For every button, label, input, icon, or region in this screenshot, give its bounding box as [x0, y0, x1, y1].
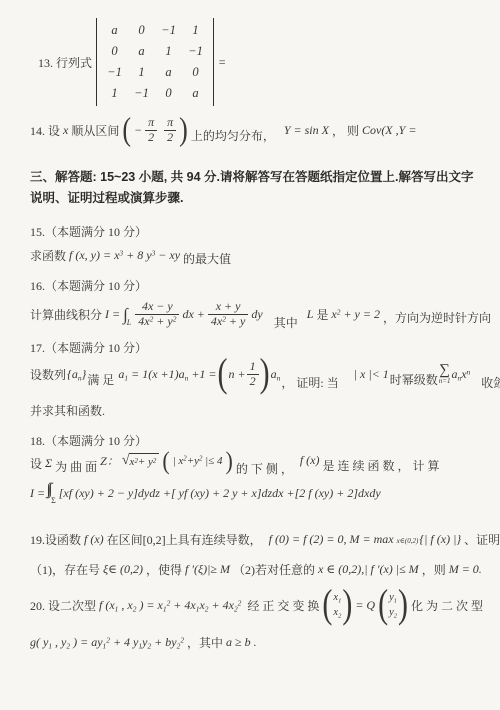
- q20-line1: 20. 设二次型 f (x1 , x2 ) = x12 + 4x1x2 + 4x…: [30, 592, 478, 618]
- q17-recurrence: a1 = 1(x +1)an +1 =: [118, 367, 216, 382]
- q15-body: 求函数 f (x, y) = x3 + 8 y3 − xy 的最大值: [30, 247, 478, 264]
- q18-text: 的 下 侧 ，: [236, 460, 293, 477]
- q20-text: 化 为 二 次 型: [411, 597, 483, 614]
- q17-text: 时幂级数: [390, 371, 438, 388]
- q18-z: Z：: [100, 452, 119, 469]
- q19-fx: f (x): [84, 532, 104, 547]
- matrix-cell: 0: [101, 41, 128, 62]
- matrix-cell: a: [182, 83, 209, 104]
- sqrt-expression: √ x2 + y2: [122, 453, 159, 468]
- matrix-cell: −1: [182, 41, 209, 62]
- close-paren: ): [225, 450, 232, 471]
- matrix-cell: −1: [101, 62, 128, 83]
- q16-fraction-2: x + y 4x2 + y: [208, 300, 248, 329]
- q14-text: 上的均匀分布，: [191, 127, 275, 144]
- question-15: 15.（本题满分 10 分） 求函数 f (x, y) = x3 + 8 y3 …: [30, 223, 478, 264]
- q19-max-body: {| f (x) |}: [419, 532, 461, 547]
- matrix-cell: 0: [128, 20, 155, 41]
- matrix-cell: 1: [101, 83, 128, 104]
- question-19: 19.设函数 f (x) 在区间[0,2]上具有连续导数， f (0) = f …: [30, 531, 478, 578]
- q14-formula: Y = sin X: [284, 123, 329, 138]
- q16-dx: dx +: [182, 307, 204, 322]
- q18-fx: f (x): [300, 453, 320, 468]
- double-integral-sign: ∫∫ Σ: [48, 482, 56, 505]
- q16-curve-L: L: [307, 307, 314, 322]
- q17-condition: | x |< 1: [354, 367, 389, 382]
- q17-text: ， 证明: 当: [281, 374, 338, 391]
- q14-var-x: x: [63, 123, 68, 138]
- matrix-cell: 1: [155, 41, 182, 62]
- question-17: 17.（本题满分 10 分） 设数列 {an} 满 足 a1 = 1(x +1)…: [30, 339, 478, 419]
- section-header: 三、解答题: 15~23 小题, 共 94 分.请将解答写在答题纸指定位置上.解…: [30, 167, 482, 211]
- q20-text: ，其中: [187, 634, 223, 651]
- q18-sigma: Σ: [45, 456, 52, 471]
- fraction-pi-2: π 2: [164, 116, 176, 145]
- q16-text: 是: [316, 306, 328, 323]
- question-13: 13. 行列式 a 0 −1 1 0 a 1 −1 −1 1 a 0 1 −1 …: [38, 18, 478, 106]
- q16-fraction-1: 4x − y 4x2 + y2: [135, 300, 179, 329]
- q20-text: 经 正 交 变 换: [247, 597, 319, 614]
- q19-conditions: f (0) = f (2) = 0, M = max: [269, 532, 394, 547]
- open-paren: (: [218, 357, 228, 391]
- max-operator-limits: x∈(0,2): [397, 534, 419, 545]
- q17-text: 设数列: [30, 366, 66, 383]
- q17-an: an: [271, 367, 281, 382]
- q19-line1: 19.设函数 f (x) 在区间[0,2]上具有连续导数， f (0) = f …: [30, 531, 478, 548]
- q15-formula: f (x, y) = x3 + 8 y3 − xy: [69, 248, 180, 263]
- minus-sign: −: [134, 123, 142, 138]
- q17-line2: 并求其和函数.: [30, 402, 478, 419]
- q19-text: 在区间[0,2]上具有连续导数，: [107, 531, 262, 548]
- q19-conclusion: M = 0.: [449, 562, 482, 577]
- q20-text: 20. 设二次型: [30, 597, 96, 614]
- q15-text: 求函数: [30, 247, 66, 264]
- q16-text: 其中: [274, 314, 298, 331]
- q19-derivative-x: x ∈ (0,2),| f ′(x) |≤ M: [318, 562, 419, 577]
- q18-text: 为 曲 面: [55, 458, 97, 475]
- open-paren: (: [162, 450, 169, 471]
- q18-ieq: I =: [30, 486, 45, 501]
- close-paren: ): [260, 357, 270, 391]
- q16-curve: x2 + y = 2: [331, 307, 380, 322]
- q20-line2: g( y1 , y2 ) = ay12 + 4 y1y2 + by22 ，其中 …: [30, 634, 478, 651]
- q17-text: 满 足: [87, 371, 114, 388]
- vector-x: ( x1 x2 ): [322, 592, 352, 618]
- q20-ab-condition: a ≥ b .: [226, 635, 257, 650]
- q14-cov: Cov(X ,Y =: [362, 123, 416, 138]
- q19-text: （1)，存在号: [30, 561, 100, 578]
- matrix-cell: −1: [155, 20, 182, 41]
- q16-text: 计算曲线积分: [30, 306, 102, 323]
- q17-term: anxn: [451, 367, 470, 382]
- q20-quadratic-form: f (x1 , x2 ) = x12 + 4x1x2 + 4x22: [99, 598, 241, 613]
- q20-g-form: g( y1 , y2 ) = ay12 + 4 y1y2 + by22: [30, 635, 184, 650]
- close-paren: ): [179, 116, 188, 144]
- q13-label: 13. 行列式: [38, 54, 92, 71]
- matrix-cell: 0: [182, 62, 209, 83]
- matrix-cell: −1: [128, 83, 155, 104]
- q19-text: ，使得: [146, 561, 182, 578]
- q14-text: ， 则: [332, 122, 359, 139]
- q15-title: 15.（本题满分 10 分）: [30, 223, 478, 240]
- open-paren: (: [122, 116, 131, 144]
- matrix-cell: a: [101, 20, 128, 41]
- vector-y: ( y1 y2 ): [378, 592, 408, 618]
- q17-n-plus: n +: [229, 367, 246, 382]
- q14-text: 顺从区间: [71, 122, 119, 139]
- question-16: 16.（本题满分 10 分） 计算曲线积分 I = ∫L 4x − y 4x2 …: [30, 277, 478, 329]
- q17-seq: {an}: [67, 367, 86, 382]
- q18-integral-line: I = ∫∫ Σ [xf (xy) + 2 − y]dydz +[ yf (xy…: [30, 482, 478, 505]
- q19-line2: （1)，存在号 ξ∈ (0,2) ，使得 f ′(ξ)|≥ M （2)若对任意的…: [30, 561, 478, 578]
- integral-sign: ∫L: [123, 306, 132, 324]
- q14-text: 14. 设: [30, 122, 60, 139]
- q16-dy: dy: [251, 307, 262, 322]
- q19-xi: ξ∈ (0,2): [103, 562, 143, 577]
- equals-sign: =: [218, 55, 226, 70]
- q19-text: 19.设函数: [30, 531, 81, 548]
- matrix-cell: 1: [182, 20, 209, 41]
- question-14: 14. 设 x 顺从区间 ( − π 2 π 2 ) 上的均匀分布， Y = s…: [30, 116, 478, 145]
- q20-eq-Q: = Q: [355, 598, 375, 613]
- q18-domain: | x2+y2 |≤ 4: [173, 455, 223, 467]
- fraction-1-2: 1 2: [247, 360, 259, 389]
- matrix-cell: a: [155, 62, 182, 83]
- q18-integrand: [xf (xy) + 2 − y]dydz +[ yf (xy) + 2 y +…: [59, 486, 381, 501]
- q16-body: 计算曲线积分 I = ∫L 4x − y 4x2 + y2 dx + x + y…: [30, 300, 478, 329]
- q19-text: （2)若对任意的: [233, 561, 315, 578]
- q17-title: 17.（本题满分 10 分）: [30, 339, 478, 356]
- q19-text: 、证明: [464, 531, 500, 548]
- q16-text: ，方向为逆时针方向: [383, 309, 491, 326]
- determinant: a 0 −1 1 0 a 1 −1 −1 1 a 0 1 −1 0 a: [96, 18, 214, 106]
- q19-derivative-xi: f ′(ξ)|≥ M: [185, 562, 230, 577]
- q18-title: 18.（本题满分 10 分）: [30, 432, 478, 449]
- q18-text: 是 连 续 函 数 ， 计 算: [322, 457, 439, 474]
- matrix-cell: 0: [155, 83, 182, 104]
- matrix-cell: a: [128, 41, 155, 62]
- q18-text: 设: [30, 455, 42, 472]
- q18-body: 设 Σ 为 曲 面 Z： √ x2 + y2 ( | x2+y2 |≤ 4 ) …: [30, 455, 478, 474]
- question-18: 18.（本题满分 10 分） 设 Σ 为 曲 面 Z： √ x2 + y2 ( …: [30, 432, 478, 506]
- exam-page: { "page": { "background": "#f7f6f3", "in…: [0, 0, 500, 710]
- matrix-cell: 1: [128, 62, 155, 83]
- fraction-pi-2: π 2: [145, 116, 157, 145]
- question-20: 20. 设二次型 f (x1 , x2 ) = x12 + 4x1x2 + 4x…: [30, 592, 478, 651]
- q17-body: 设数列 {an} 满 足 a1 = 1(x +1)an +1 = ( n + 1…: [30, 360, 478, 389]
- q16-ieq: I =: [105, 307, 120, 322]
- q15-text: 的最大值: [183, 250, 231, 267]
- summation-sign: ∑ n=1: [439, 363, 451, 385]
- q16-title: 16.（本题满分 10 分）: [30, 277, 478, 294]
- q17-text: 收敛，: [481, 374, 500, 391]
- q19-text: ，则: [422, 561, 446, 578]
